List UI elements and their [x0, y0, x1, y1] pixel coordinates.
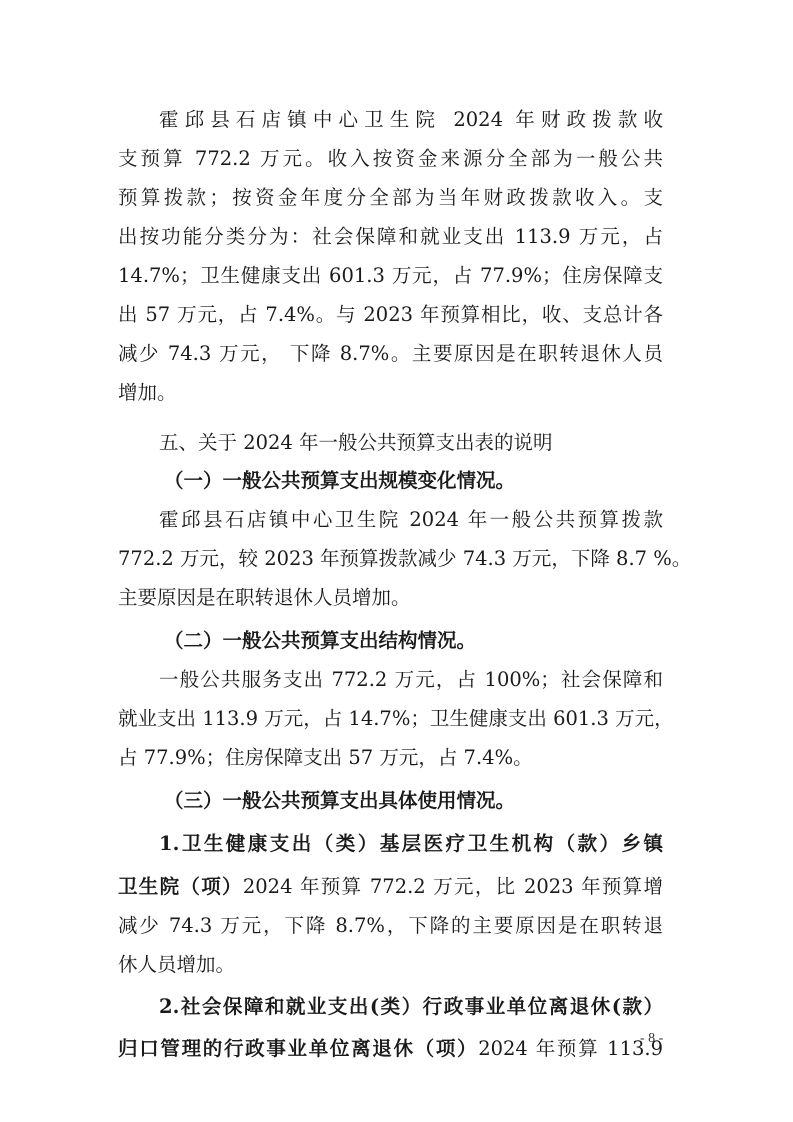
item-1-line-3: 减少 74.3 万元，下降 8.7%，下降的主要原因是在职转退 [118, 906, 663, 945]
item-1-line-2: 卫生院（项）2024 年预算 772.2 万元，比 2023 年预算增 [118, 867, 663, 906]
subsection-1-heading: （一）一般公共预算支出规模变化情况。 [164, 461, 663, 500]
item-2-line-2-rest: 2024 年预算 113.9 [478, 1037, 663, 1060]
subsection-1-line-3: 主要原因是在职转退休人员增加。 [118, 578, 663, 617]
item-1-line-2-rest: 2024 年预算 772.2 万元，比 2023 年预算增 [243, 875, 663, 898]
subsection-3-heading: （三）一般公共预算支出具体使用情况。 [164, 781, 663, 820]
paragraph-1-line-3: 预算拨款；按资金年度分全部为当年财政拨款收入。支 [118, 178, 663, 217]
section-5-heading: 五、关于 2024 年一般公共预算支出表的说明 [159, 423, 663, 462]
item-1-line-2-bold: 卫生院（项） [118, 875, 243, 898]
item-2-line-1: 2.社会保障和就业支出(类）行政事业单位离退休(款） [159, 987, 663, 1026]
paragraph-1-line-7: 减少 74.3 万元， 下降 8.7%。主要原因是在职转退休人员 [118, 334, 663, 373]
subsection-2-line-2: 就业支出 113.9 万元，占 14.7%；卫生健康支出 601.3 万元， [118, 699, 663, 738]
paragraph-1-line-2: 支预算 772.2 万元。收入按资金来源分全部为一般公共 [118, 139, 663, 178]
paragraph-1-line-4: 出按功能分类分为：社会保障和就业支出 113.9 万元，占 [118, 217, 663, 256]
item-1-line-1: 1.卫生健康支出（类）基层医疗卫生机构（款）乡镇 [159, 824, 663, 863]
item-2-line-2: 归口管理的行政事业单位离退休（项）2024 年预算 113.9 [118, 1029, 663, 1068]
page-number: - 8 - [640, 1031, 663, 1047]
paragraph-1-line-5: 14.7%；卫生健康支出 601.3 万元，占 77.9%；住房保障支 [118, 256, 663, 295]
subsection-1-line-1: 霍邱县石店镇中心卫生院 2024 年一般公共预算拨款 [159, 500, 663, 539]
paragraph-1-line-1: 霍邱县石店镇中心卫生院 2024 年财政拨款收 [159, 100, 663, 139]
subsection-1-line-2: 772.2 万元，较 2023 年预算拨款减少 74.3 万元，下降 8.7 %… [118, 539, 663, 578]
paragraph-1-line-8: 增加。 [118, 373, 663, 412]
subsection-2-heading: （二）一般公共预算支出结构情况。 [164, 621, 663, 660]
paragraph-1-line-6: 出 57 万元，占 7.4%。与 2023 年预算相比，收、支总计各 [118, 295, 663, 334]
subsection-2-line-1: 一般公共服务支出 772.2 万元，占 100%；社会保障和 [159, 660, 663, 699]
item-1-line-4: 休人员增加。 [118, 945, 663, 984]
item-2-line-2-bold: 归口管理的行政事业单位离退休（项） [118, 1037, 478, 1060]
subsection-2-line-3: 占 77.9%；住房保障支出 57 万元，占 7.4%。 [118, 738, 663, 777]
